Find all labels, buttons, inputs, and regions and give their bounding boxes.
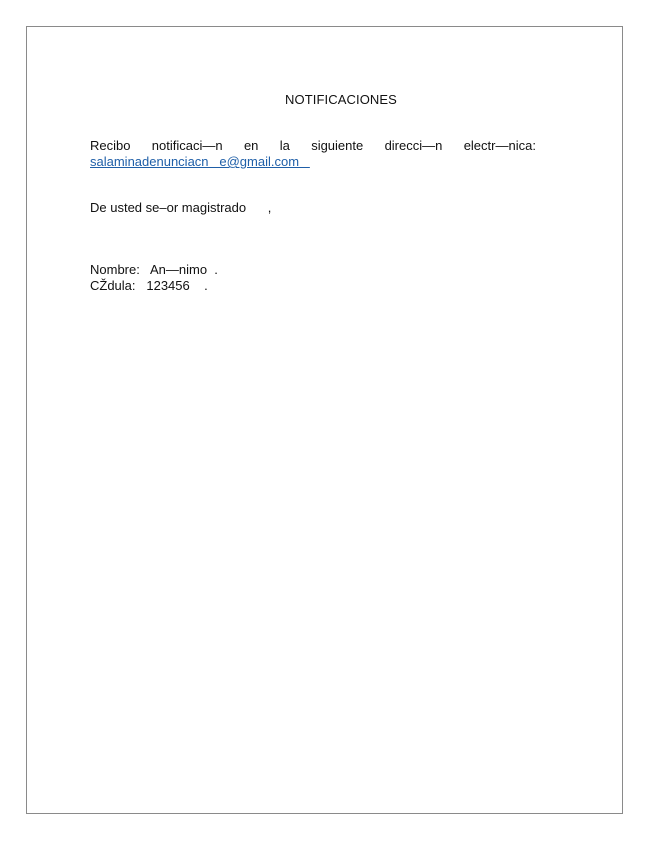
word: la	[280, 138, 290, 154]
word: electr—nica:	[464, 138, 536, 154]
word: Recibo	[90, 138, 130, 154]
closing-salutation: De usted se–or magistrado ,	[90, 200, 271, 216]
word: siguiente	[311, 138, 363, 154]
signature-id-number: CŽdula: 123456 .	[90, 278, 208, 294]
email-link[interactable]: salaminadenunciacn e@gmail.com	[90, 154, 310, 170]
word: en	[244, 138, 258, 154]
notification-paragraph: Recibo notificaci—n en la siguiente dire…	[90, 138, 536, 170]
signature-name: Nombre: An—nimo .	[90, 262, 218, 278]
word: notificaci—n	[152, 138, 223, 154]
word: direcci—n	[385, 138, 443, 154]
notification-sentence: Recibo notificaci—n en la siguiente dire…	[90, 138, 536, 154]
document-title: NOTIFICACIONES	[0, 92, 650, 107]
